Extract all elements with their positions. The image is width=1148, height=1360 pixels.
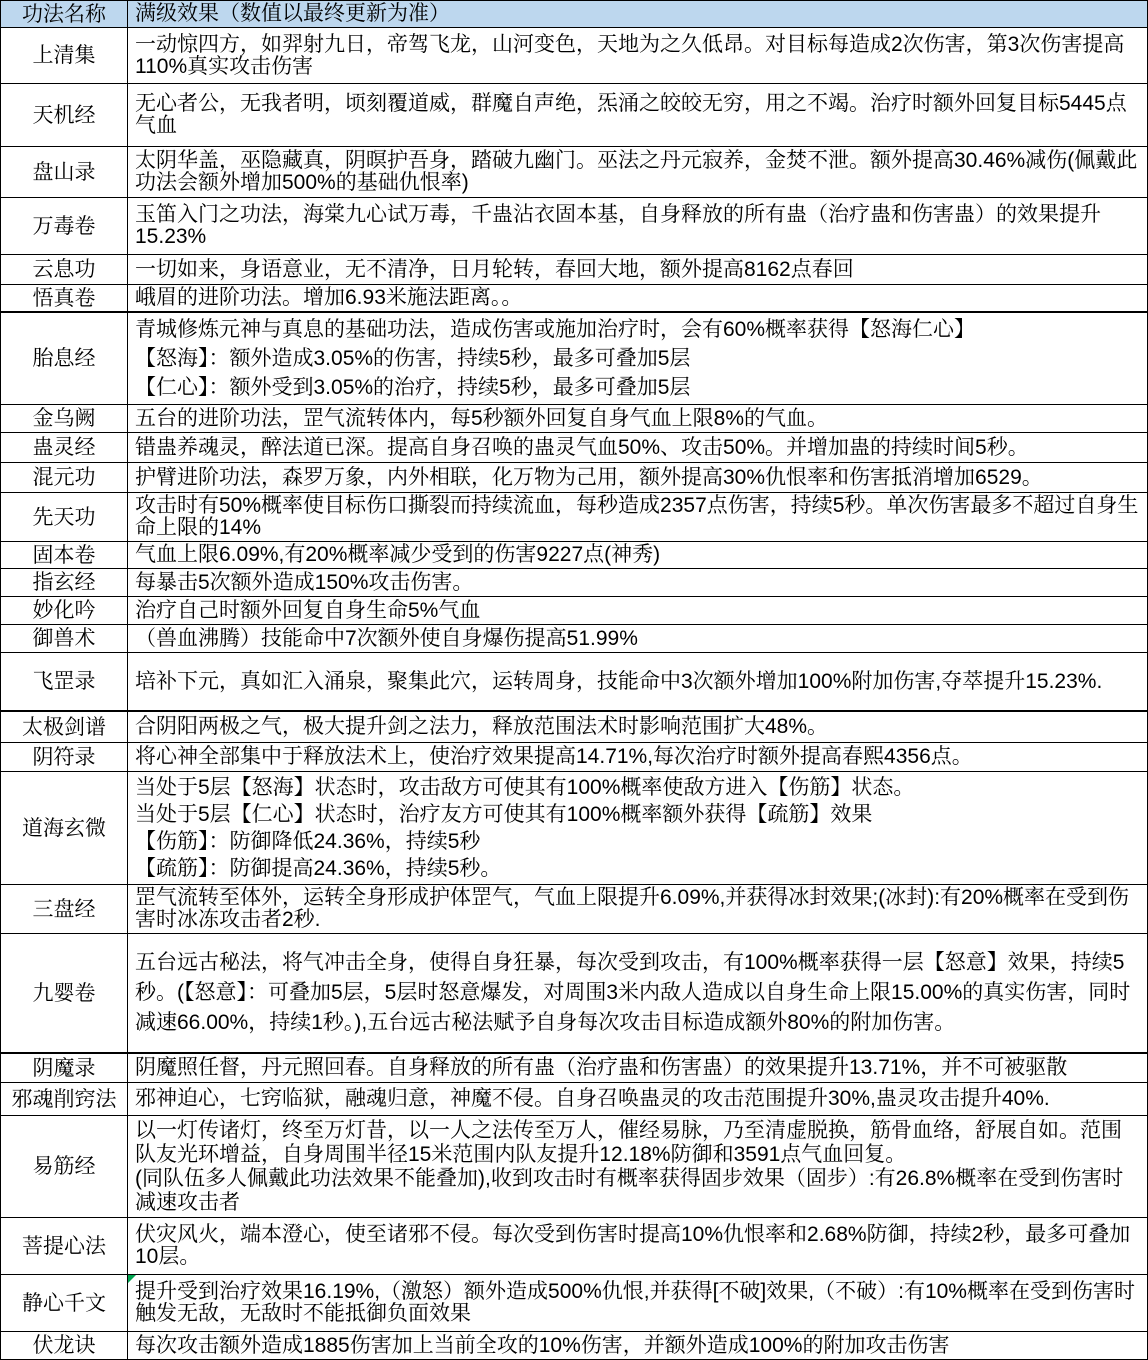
table-row: 道海玄微 当处于5层【怒海】状态时，攻击敌方可使其有100%概率使敌方进入【伤筋…	[1, 771, 1147, 884]
table-row: 先天功 攻击时有50%概率使目标伤口撕裂而持续流血，每秒造成2357点伤害，持续…	[1, 492, 1147, 541]
table-row: 胎息经 青城修炼元神与真息的基础功法，造成伤害或施加治疗时，会有60%概率获得【…	[1, 311, 1147, 404]
table-row: 混元功 护臂进阶功法，森罗万象，内外相联，化万物为己用，额外提高30%仇恨率和伤…	[1, 462, 1147, 492]
skill-name: 御兽术	[1, 625, 128, 652]
table-row: 飞罡录 培补下元，真如汇入涌泉，聚集此穴，运转周身，技能命中3次额外增加100%…	[1, 652, 1147, 710]
skill-effect: 治疗自己时额外回复自身生命5%气血	[128, 597, 1147, 624]
table-row: 阴魔录 阴魔照任督，丹元照回春。自身释放的所有蛊（治疗蛊和伤害蛊）的效果提升13…	[1, 1052, 1147, 1082]
skill-effect: 阴魔照任督，丹元照回春。自身释放的所有蛊（治疗蛊和伤害蛊）的效果提升13.71%…	[128, 1054, 1147, 1082]
skill-effect: 一动惊四方，如羿射九日，帝驾飞龙，山河变色，天地为之久低昂。对目标每造成2次伤害…	[128, 28, 1147, 83]
table-row: 金乌阙 五台的进阶功法，罡气流转体内，每5秒额外回复自身气血上限8%的气血。	[1, 404, 1147, 432]
skill-effect: 伏灾风火，端本澄心，使至诸邪不侵。每次受到伤害时提高10%仇恨率和2.68%防御…	[128, 1218, 1147, 1274]
table-row: 固本卷 气血上限6.09%,有20%概率减少受到的伤害9227点(神秀)	[1, 541, 1147, 568]
skill-effect: 将心神全部集中于释放法术上，使治疗效果提高14.71%,每次治疗时额外提高春熙4…	[128, 743, 1147, 771]
skill-name: 天机经	[1, 84, 128, 146]
skills-table: 功法名称 满级效果（数值以最终更新为准） 上清集 一动惊四方，如羿射九日，帝驾飞…	[0, 0, 1148, 1360]
skill-name: 混元功	[1, 463, 128, 492]
table-row: 太极剑谱 合阴阳两极之气，极大提升剑之法力，释放范围法术时影响范围扩大48%。	[1, 710, 1147, 742]
skill-name: 云息功	[1, 255, 128, 284]
skill-name: 菩提心法	[1, 1218, 128, 1274]
skill-effect: 无心者公，无我者明，顷刻覆道威，群魔自声绝，炁涌之皎皎无穷，用之不竭。治疗时额外…	[128, 84, 1147, 146]
skill-name: 万毒卷	[1, 198, 128, 254]
skill-name: 邪魂削窍法	[1, 1083, 128, 1115]
table-row: 菩提心法 伏灾风火，端本澄心，使至诸邪不侵。每次受到伤害时提高10%仇恨率和2.…	[1, 1217, 1147, 1274]
skill-name: 九婴卷	[1, 934, 128, 1052]
skill-effect: 护臂进阶功法，森罗万象，内外相联，化万物为己用，额外提高30%仇恨率和伤害抵消增…	[128, 463, 1147, 492]
table-row: 悟真卷 峨眉的进阶功法。增加6.93米施法距离。。	[1, 284, 1147, 311]
skill-name: 阴符录	[1, 743, 128, 771]
comment-indicator-icon	[128, 1275, 136, 1283]
skill-name: 上清集	[1, 28, 128, 83]
table-row: 云息功 一切如来，身语意业，无不清净，日月轮转，春回大地，额外提高8162点春回	[1, 254, 1147, 284]
skill-effect: （兽血沸腾）技能命中7次额外使自身爆伤提高51.99%	[128, 625, 1147, 652]
table-row: 九婴卷 五台远古秘法，将气冲击全身，使得自身狂暴，每次受到攻击，有100%概率获…	[1, 933, 1147, 1052]
skill-name: 太极剑谱	[1, 712, 128, 742]
table-row: 三盘经 罡气流转至体外，运转全身形成护体罡气，气血上限提升6.09%,并获得冰封…	[1, 884, 1147, 933]
skill-name: 妙化吟	[1, 597, 128, 624]
skill-effect: 邪神迫心，七窍临狱，融魂归意，神魔不侵。自身召唤蛊灵的攻击范围提升30%,蛊灵攻…	[128, 1083, 1147, 1115]
skill-effect: 青城修炼元神与真息的基础功法，造成伤害或施加治疗时，会有60%概率获得【怒海仁心…	[128, 313, 1147, 404]
skill-name: 飞罡录	[1, 653, 128, 710]
table-row: 天机经 无心者公，无我者明，顷刻覆道威，群魔自声绝，炁涌之皎皎无穷，用之不竭。治…	[1, 83, 1147, 146]
table-row: 阴符录 将心神全部集中于释放法术上，使治疗效果提高14.71%,每次治疗时额外提…	[1, 742, 1147, 771]
skill-effect: 每次攻击额外造成1885伤害加上当前全攻的10%伤害，并额外造成100%的附加攻…	[128, 1332, 1147, 1359]
skill-effect: 气血上限6.09%,有20%概率减少受到的伤害9227点(神秀)	[128, 542, 1147, 568]
skill-effect: 当处于5层【怒海】状态时，攻击敌方可使其有100%概率使敌方进入【伤筋】状态。 …	[128, 772, 1147, 884]
table-row: 蛊灵经 错蛊养魂灵，醉法道已深。提高自身召唤的蛊灵气血50%、攻击50%。并增加…	[1, 432, 1147, 462]
table-row: 盘山录 太阴华盖，巫隐藏真，阴暝护吾身，踏破九幽门。巫法之丹元寂养，金焚不泄。额…	[1, 146, 1147, 197]
header-skill-name: 功法名称	[1, 1, 128, 27]
table-row: 妙化吟 治疗自己时额外回复自身生命5%气血	[1, 596, 1147, 624]
skill-effect: 五台远古秘法，将气冲击全身，使得自身狂暴，每次受到攻击，有100%概率获得一层【…	[128, 934, 1147, 1052]
table-header-row: 功法名称 满级效果（数值以最终更新为准）	[1, 0, 1147, 27]
skill-name: 悟真卷	[1, 285, 128, 311]
skill-effect: 以一灯传诸灯，终至万灯昔，以一人之法传至万人，催经易脉，乃至清虚脱换，筋骨血络，…	[128, 1116, 1147, 1217]
skill-effect: 错蛊养魂灵，醉法道已深。提高自身召唤的蛊灵气血50%、攻击50%。并增加蛊的持续…	[128, 433, 1147, 462]
header-skill-effect: 满级效果（数值以最终更新为准）	[128, 1, 1147, 27]
skill-name: 蛊灵经	[1, 433, 128, 462]
table-row: 静心千文 提升受到治疗效果16.19%,（激怒）额外造成500%仇恨,并获得[不…	[1, 1274, 1147, 1331]
skill-name: 三盘经	[1, 885, 128, 933]
table-row: 御兽术 （兽血沸腾）技能命中7次额外使自身爆伤提高51.99%	[1, 624, 1147, 652]
skill-name: 伏龙诀	[1, 1332, 128, 1359]
skill-effect: 攻击时有50%概率使目标伤口撕裂而持续流血，每秒造成2357点伤害，持续5秒。单…	[128, 493, 1147, 541]
skill-effect: 培补下元，真如汇入涌泉，聚集此穴，运转周身，技能命中3次额外增加100%附加伤害…	[128, 653, 1147, 710]
skill-name: 固本卷	[1, 542, 128, 568]
skill-name: 指玄经	[1, 569, 128, 596]
skill-effect: 罡气流转至体外，运转全身形成护体罡气，气血上限提升6.09%,并获得冰封效果;(…	[128, 885, 1147, 933]
table-row: 易筋经 以一灯传诸灯，终至万灯昔，以一人之法传至万人，催经易脉，乃至清虚脱换，筋…	[1, 1115, 1147, 1217]
skill-effect: 玉笛入门之功法，海棠九心试万毒，千蛊沾衣固本基，自身释放的所有蛊（治疗蛊和伤害蛊…	[128, 198, 1147, 254]
table-row: 上清集 一动惊四方，如羿射九日，帝驾飞龙，山河变色，天地为之久低昂。对目标每造成…	[1, 27, 1147, 83]
table-row: 万毒卷 玉笛入门之功法，海棠九心试万毒，千蛊沾衣固本基，自身释放的所有蛊（治疗蛊…	[1, 197, 1147, 254]
table-row: 伏龙诀 每次攻击额外造成1885伤害加上当前全攻的10%伤害，并额外造成100%…	[1, 1331, 1147, 1359]
skill-name: 胎息经	[1, 313, 128, 404]
skill-effect: 每暴击5次额外造成150%攻击伤害。	[128, 569, 1147, 596]
skill-effect: 一切如来，身语意业，无不清净，日月轮转，春回大地，额外提高8162点春回	[128, 255, 1147, 284]
skill-effect: 提升受到治疗效果16.19%,（激怒）额外造成500%仇恨,并获得[不破]效果,…	[128, 1275, 1147, 1331]
skill-name: 金乌阙	[1, 405, 128, 432]
skill-effect: 太阴华盖，巫隐藏真，阴暝护吾身，踏破九幽门。巫法之丹元寂养，金焚不泄。额外提高3…	[128, 147, 1147, 197]
skill-name: 道海玄微	[1, 772, 128, 884]
table-row: 指玄经 每暴击5次额外造成150%攻击伤害。	[1, 568, 1147, 596]
skill-effect: 五台的进阶功法，罡气流转体内，每5秒额外回复自身气血上限8%的气血。	[128, 405, 1147, 432]
skill-effect: 合阴阳两极之气，极大提升剑之法力，释放范围法术时影响范围扩大48%。	[128, 712, 1147, 742]
skill-name: 阴魔录	[1, 1054, 128, 1082]
skill-name: 先天功	[1, 493, 128, 541]
skill-effect: 峨眉的进阶功法。增加6.93米施法距离。。	[128, 285, 1147, 311]
skill-name: 静心千文	[1, 1275, 128, 1331]
skill-name: 盘山录	[1, 147, 128, 197]
skill-name: 易筋经	[1, 1116, 128, 1217]
table-row: 邪魂削窍法 邪神迫心，七窍临狱，融魂归意，神魔不侵。自身召唤蛊灵的攻击范围提升3…	[1, 1082, 1147, 1115]
